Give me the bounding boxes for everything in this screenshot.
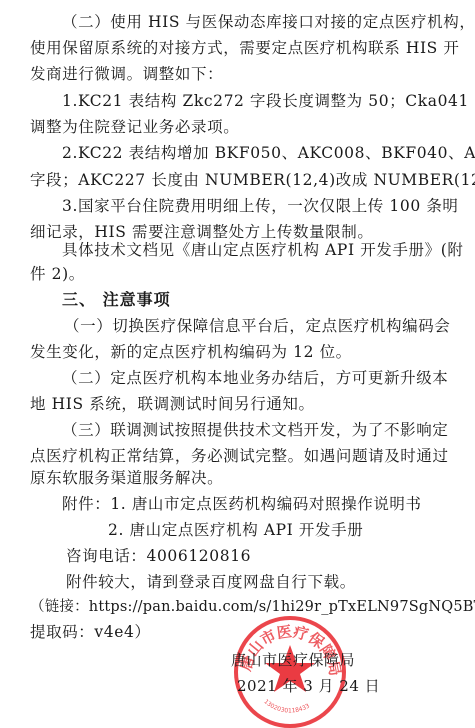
paragraph-line: 件 2)。 (30, 264, 85, 284)
paragraph-line: 2.KC22 表结构增加 BKF050、AKC008、BKF040、AKC025 (62, 143, 475, 163)
official-seal-icon: 唐山市医疗保障局 1302030118433 (233, 615, 347, 728)
attachment-label: 附件： (62, 495, 110, 513)
attachment-item-2: 2. 唐山定点医疗机构 API 开发手册 (108, 520, 363, 540)
section-heading: 三、 注意事项 (62, 290, 171, 310)
paragraph-line: 字段；AKC227 长度由 NUMBER(12,4)改成 NUMBER(12,2… (30, 170, 475, 190)
svg-text:1302030118433: 1302030118433 (262, 698, 311, 714)
paragraph-line: 3.国家平台住院费用明细上传，一次仅限上传 100 条明 (62, 196, 459, 216)
note-line: （一）切换医疗保障信息平台后，定点医疗机构编码会 (64, 316, 450, 336)
paragraph-line: 发商进行微调。调整如下： (30, 64, 223, 84)
note-line: （三）联调测试按照提供技术文档开发，为了不影响定 (62, 420, 448, 440)
signature-date: 2021 年 3 月 24 日 (237, 676, 380, 696)
download-link[interactable]: （链接：https://pan.baidu.com/s/1hi29r_pTxEL… (30, 597, 475, 617)
note-line: 发生变化，新的定点医疗机构编码为 12 位。 (30, 342, 352, 362)
attachment-title: 1. 唐山市定点医药机构编码对照操作说明书 (110, 495, 421, 513)
contact-phone: 咨询电话：4006120816 (66, 546, 251, 566)
document-page: （二）使用 HIS 与医保动态库接口对接的定点医疗机构， 使用保留原系统的对接方… (0, 0, 475, 728)
paragraph-line: （二）使用 HIS 与医保动态库接口对接的定点医疗机构， (62, 12, 475, 32)
paragraph-line: 1.KC21 表结构 Zkc272 字段长度调整为 50；Cka041 字段 (62, 91, 475, 111)
note-line: 地 HIS 系统，联调测试时间另行通知。 (30, 394, 315, 414)
download-note: 附件较大，请到登录百度网盘自行下载。 (66, 572, 356, 592)
note-line: （二）定点医疗机构本地业务办结后，方可更新升级本 (62, 368, 448, 388)
note-line: 点医疗机构正常结算，务必测试完整。如遇问题请及时通过 (30, 446, 449, 466)
paragraph-line: 调整为住院登记业务必录项。 (30, 117, 239, 137)
extraction-code: 提取码：v4e4） (30, 622, 151, 642)
paragraph-line: 使用保留原系统的对接方式，需要定点医疗机构联系 HIS 开 (30, 38, 460, 58)
paragraph-line: 具体技术文档见《唐山定点医疗机构 API 开发手册》(附 (62, 240, 463, 260)
attachment-item-1: 附件：1. 唐山市定点医药机构编码对照操作说明书 (62, 494, 422, 514)
note-line: 原东软服务渠道服务解决。 (30, 468, 223, 488)
signature-org: 唐山市医疗保障局 (231, 650, 355, 670)
paragraph-line: 细记录，HIS 需要注意调整处方上传数量限制。 (30, 222, 374, 242)
